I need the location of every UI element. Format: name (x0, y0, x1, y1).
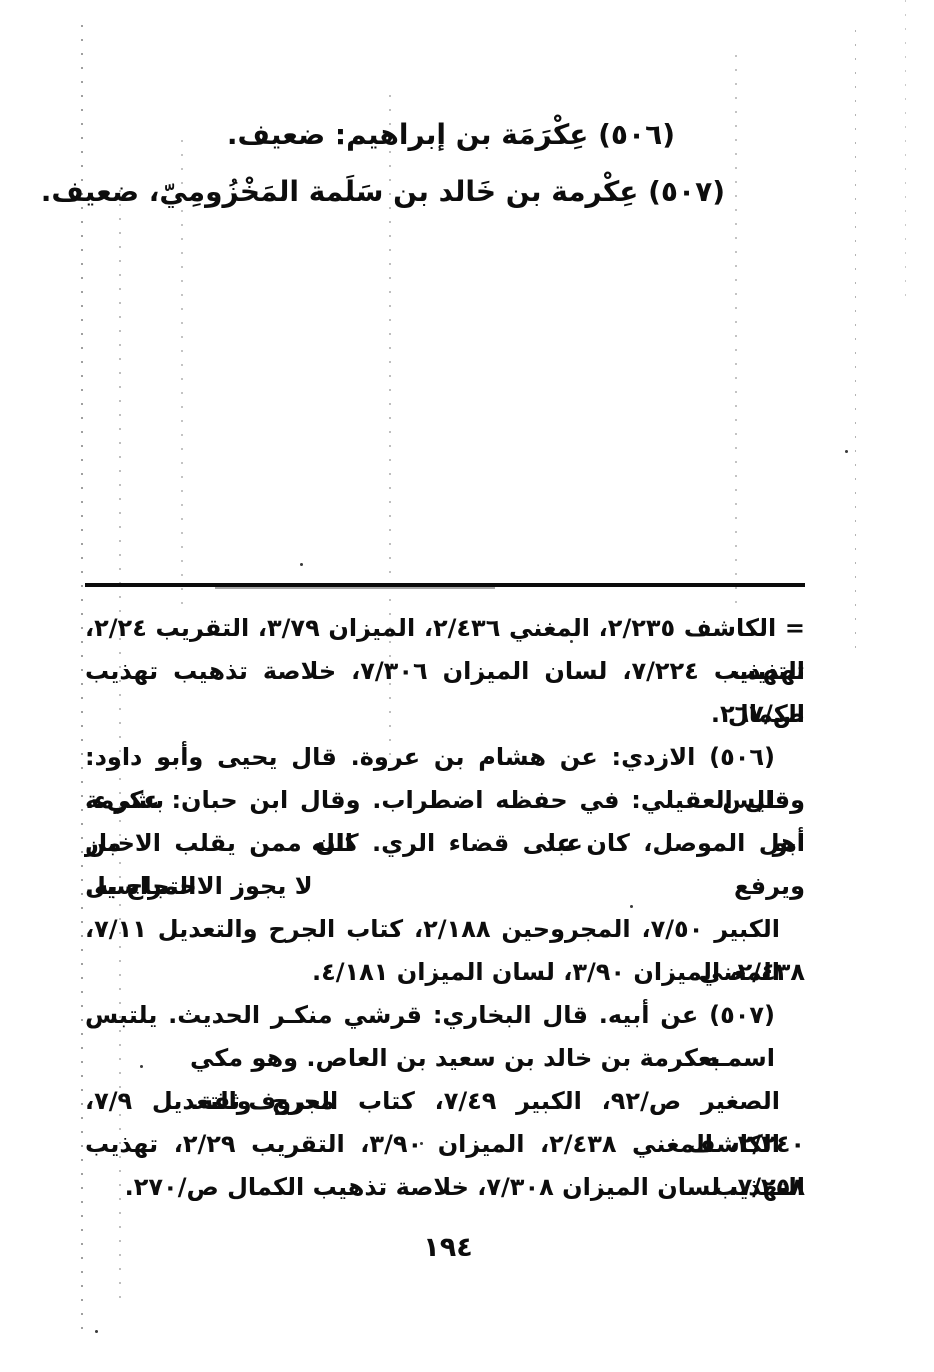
footnotes: = الكاشف ٢/٢٣٥، المغني ٢/٤٣٦، الميزان ٣/… (85, 607, 805, 1209)
main-text: (٥٠٦) عِكْرَمَة بن إبراهيم: ضعيف.(٥٠٧) ع… (85, 106, 805, 220)
footnote-line-3: ص/٢٦٧. (85, 693, 805, 736)
footnote-line-4: (٥٠٦) الازدي: عن هشام بن عروة. قال يحيى … (85, 736, 805, 779)
footnote-separator (85, 583, 805, 587)
scan-noise-line (905, 0, 906, 300)
footnote-line-9: ٢/٤٣٨، الميزان ٣/٩٠، لسان الميزان ٤/١٨١. (85, 951, 805, 994)
footnote-line-14: ٧/٢٥٨، لسان الميزان ٧/٣٠٨، خلاصة تذهيب ا… (85, 1166, 805, 1209)
scan-speck (845, 450, 848, 453)
scan-noise-line (81, 25, 83, 1335)
footnote-line-1: = الكاشف ٢/٢٣٥، المغني ٢/٤٣٦، الميزان ٣/… (85, 607, 805, 650)
page-number: ١٩٤ (398, 1232, 498, 1263)
footnote-line-10: (٥٠٧) عن أبيه. قال البخاري: قرشي منكـر ا… (85, 994, 805, 1037)
entry-506: (٥٠٦) عِكْرَمَة بن إبراهيم: ضعيف. (85, 106, 805, 163)
footnote-line-12: الصغير ص/٩٢، الكبير ٧/٤٩، كتاب الجرح وال… (85, 1080, 805, 1123)
footnote-line-11: بعكرمة بن خالد بن سعيد بن العاص. وهو مكي… (85, 1037, 805, 1080)
footnote-line-5: وقال العقيلي: في حفظه اضطراب. وقال ابن ح… (85, 779, 805, 822)
footnote-line-2: التهذيب ٧/٢٢٤، لسان الميزان ٧/٣٠٦، خلاصة… (85, 650, 805, 693)
scan-speck (300, 563, 303, 566)
footnote-line-6: أهل الموصل، كان على قضاء الري. كان ممن ي… (85, 822, 805, 865)
footnote-line-8: الكبير ٧/٥٠، المجروحين ٢/١٨٨، كتاب الجرح… (85, 908, 805, 951)
footnote-line-13: ٢/٢٤٠، المغني ٢/٤٣٨، الميزان ٣/٩٠، التقر… (85, 1123, 805, 1166)
scan-speck (95, 1330, 98, 1333)
scan-noise-line (855, 30, 856, 650)
book-page: (٥٠٦) عِكْرَمَة بن إبراهيم: ضعيف.(٥٠٧) ع… (0, 0, 934, 1372)
entry-507: (٥٠٧) عِكْرمة بن خَالد بن سَلَمة المَخْز… (85, 163, 805, 220)
